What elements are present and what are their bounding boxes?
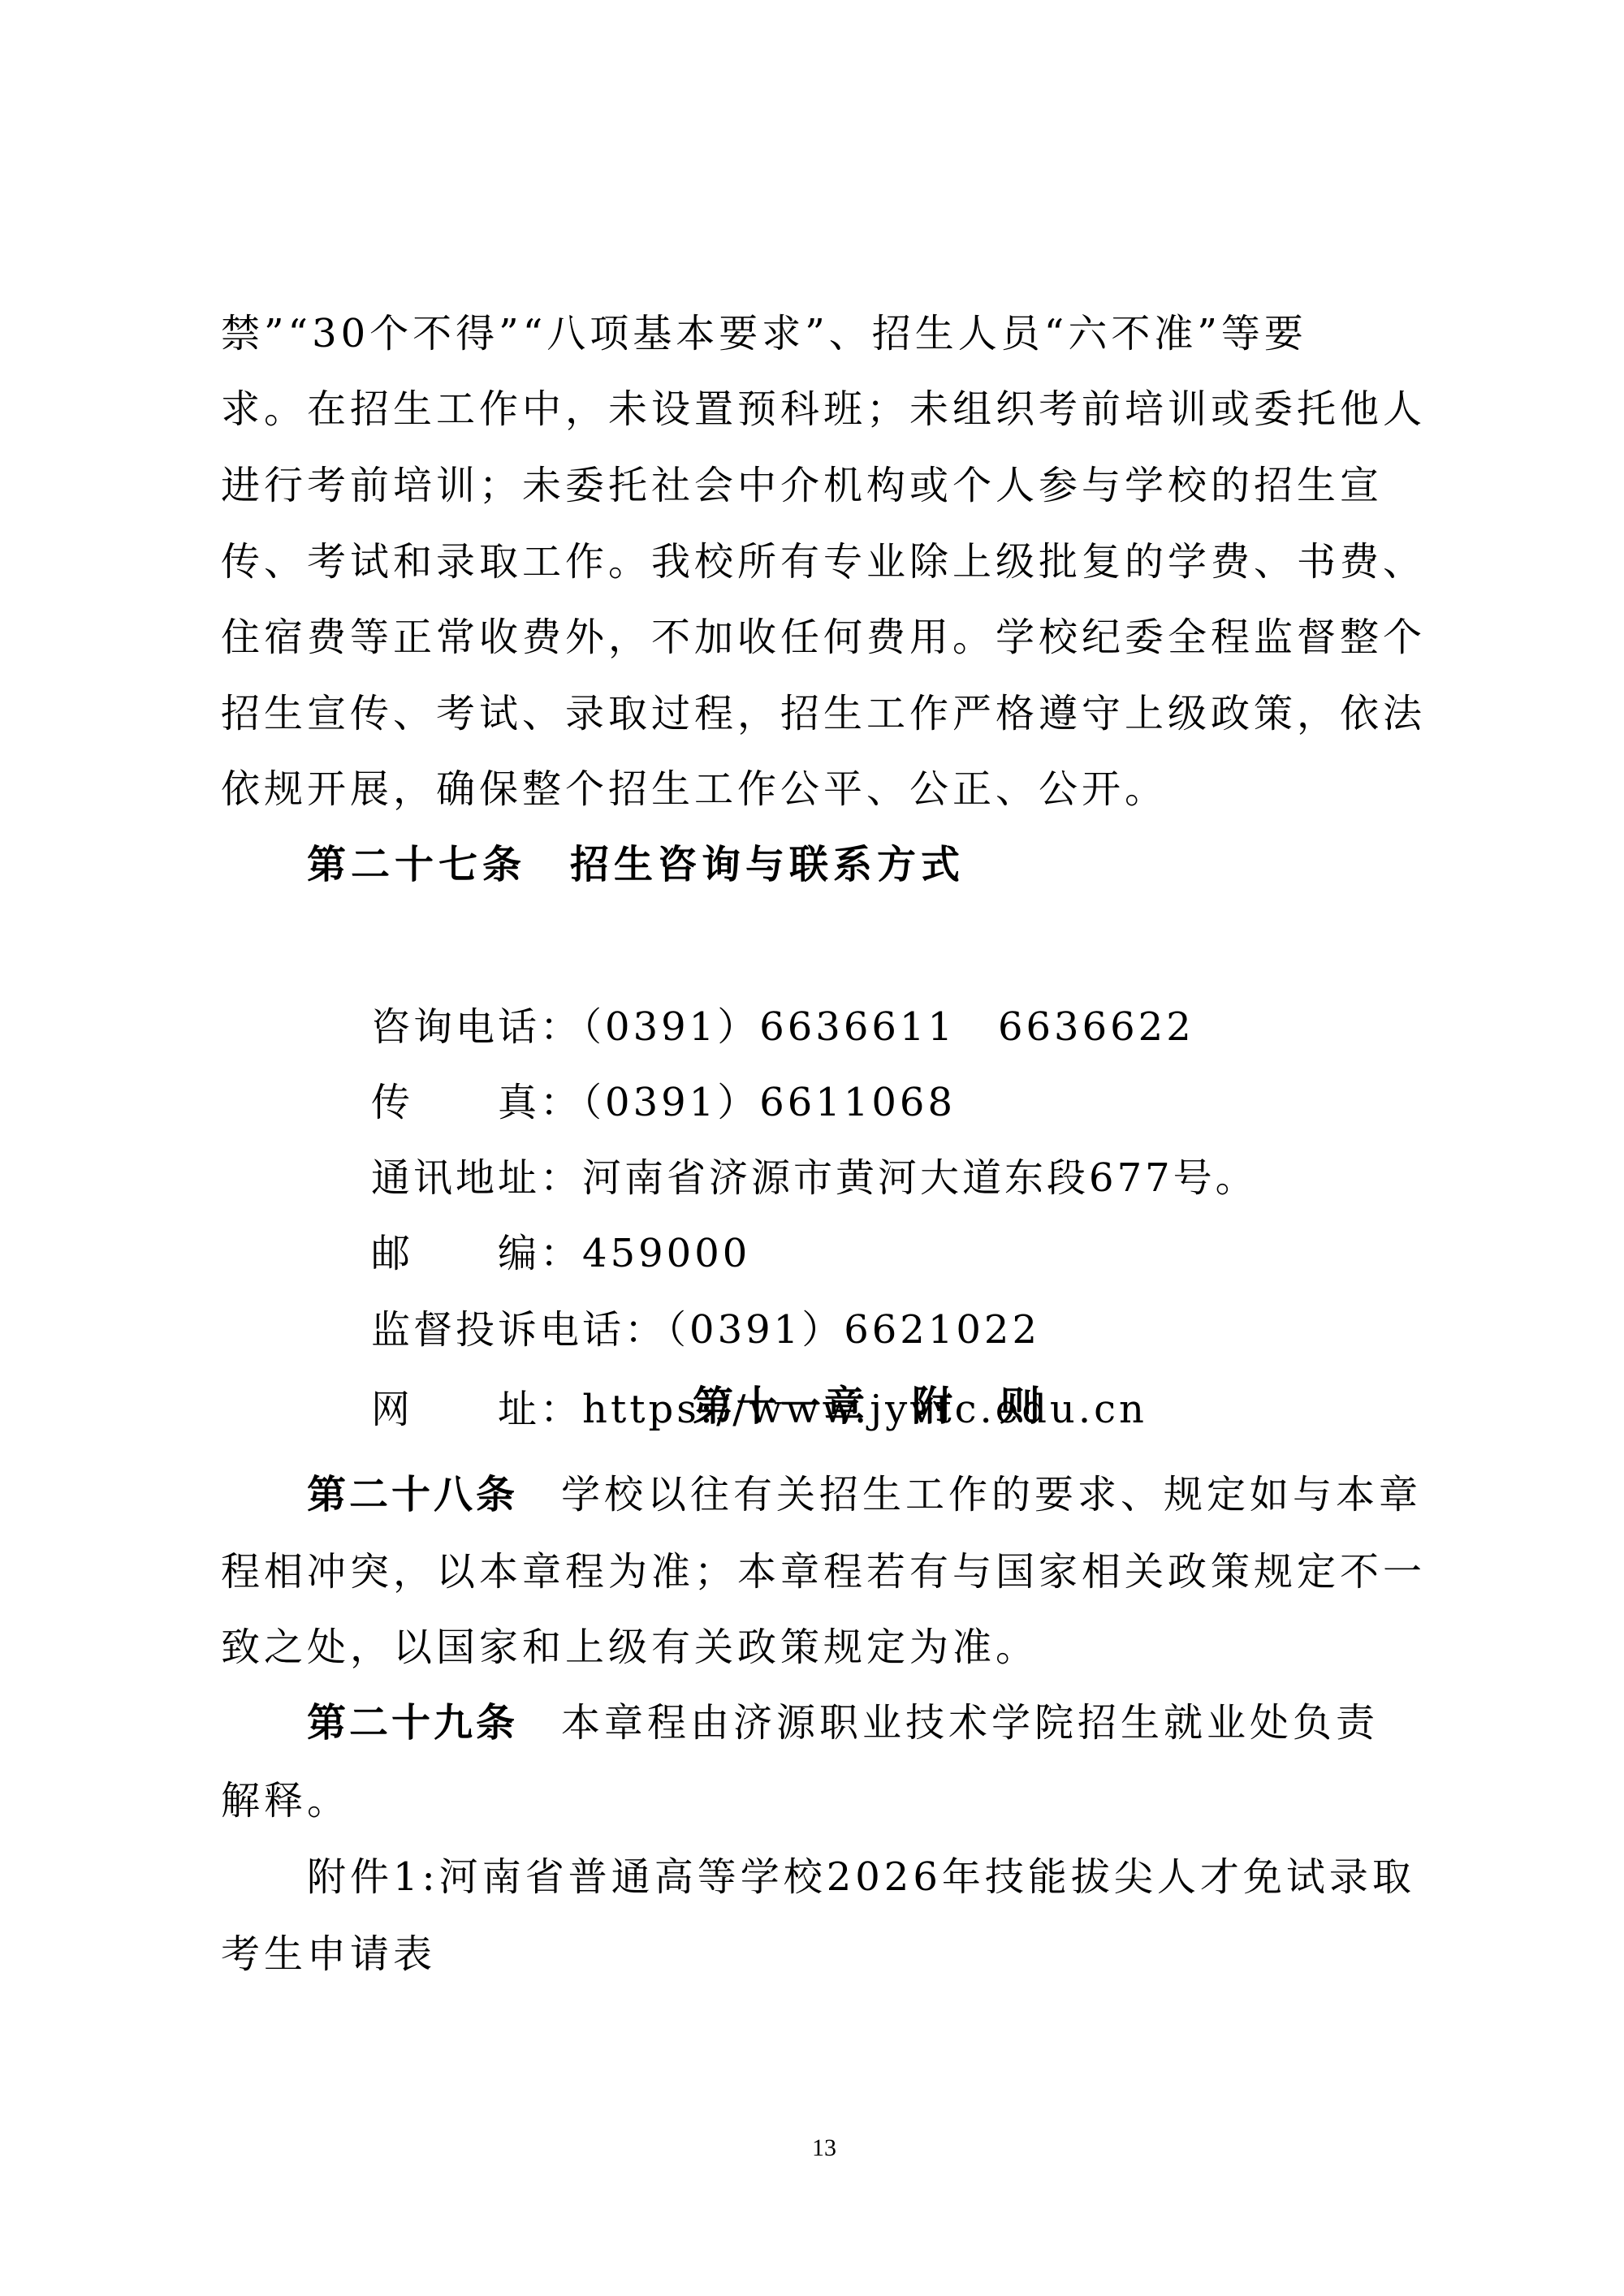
paragraph-line: 进行考前培训；未委托社会中介机构或个人参与学校的招生宣 [221,447,1431,524]
paragraph-line: 招生宣传、考试、录取过程，招生工作严格遵守上级政策，依法 [221,675,1431,752]
article-27-heading: 第二十七条 招生咨询与联系方式 [307,826,1431,903]
contact-address: 通讯地址：河南省济源市黄河大道东段677号。 [309,1064,1258,1140]
article-29-text: 本章程由济源职业技术学院招生就业处负责 [518,1700,1379,1746]
paragraph-line: 禁”“30个不得”“八项基本要求”、招生人员“六不准”等要 [221,296,1431,372]
article-29-line: 第二十九条 本章程由济源职业技术学院招生就业处负责 [307,1685,1431,1761]
contact-website: 网 址：https://www.jyvtc.edu.cn [309,1295,1147,1371]
article-28-line: 程相冲突，以本章程为准；本章程若有与国家相关政策规定不一 [221,1534,1431,1610]
contact-label: 网 址： [371,1387,582,1432]
paragraph-line: 住宿费等正常收费外，不加收任何费用。学校纪委全程监督整个 [221,599,1431,675]
attachment-line: 附件1:河南省普通高等学校2026年技能拔尖人才免试录取 [307,1839,1431,1915]
contact-fax: 传 真：（0391）6611068 [309,988,956,1064]
article-29-line: 解释。 [221,1763,1431,1839]
contact-postcode: 邮 编：459000 [309,1139,750,1215]
attachment-line: 考生申请表 [221,1916,1431,1992]
paragraph-line: 传、考试和录取工作。我校所有专业除上级批复的学费、书费、 [221,524,1431,600]
chapter-title: 第十一章 附 则 [693,1368,1050,1444]
page-number: 13 [804,2134,844,2163]
paragraph-line: 依规开展，确保整个招生工作公平、公正、公开。 [221,751,1431,827]
article-28-lead: 第二十八条 [307,1472,518,1517]
article-28-text: 学校以往有关招生工作的要求、规定如与本章 [518,1472,1422,1517]
paragraph-line: 求。在招生工作中，未设置预科班；未组织考前培训或委托他人 [221,371,1431,447]
document-page: 禁”“30个不得”“八项基本要求”、招生人员“六不准”等要 求。在招生工作中，未… [0,0,1624,2296]
article-29-lead: 第二十九条 [307,1700,518,1746]
contact-complaint-phone: 监督投诉电话：（0391）6621022 [309,1215,1040,1292]
contact-consult-phone: 咨询电话：（0391）6636611 6636622 [309,913,1194,989]
article-28-line: 第二十八条 学校以往有关招生工作的要求、规定如与本章 [307,1457,1431,1533]
article-28-line: 致之处，以国家和上级有关政策规定为准。 [221,1609,1431,1685]
